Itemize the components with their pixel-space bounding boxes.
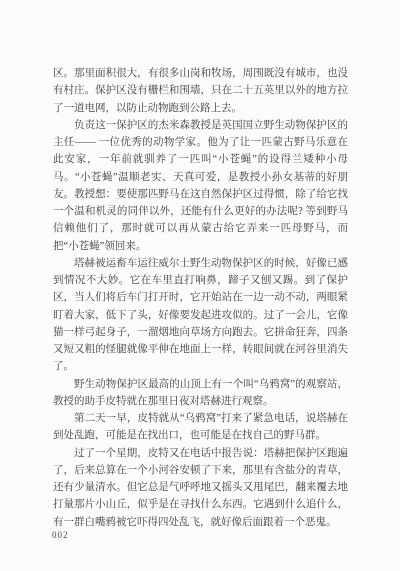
paragraph: 第二天一早，皮特就从“乌鸦窝”打来了紧急电话，说塔赫在到处乱跑，可能是在找出口，… — [53, 410, 348, 445]
paragraph: 过了一个星期，皮特又在电话中报告说：塔赫把保护区跑遍了，后来总算在一个小河谷安顿… — [53, 445, 348, 531]
page-number: 002 — [52, 530, 69, 540]
paragraph: 塔赫被运畜车运往威尔士野生动物保护区的时候，好像已感到情况不大妙。它在车里直打响… — [53, 255, 348, 376]
paragraph: 野生动物保护区最高的山顶上有一个叫“乌鸦窝”的观察站，教授的助手皮特就在那里日夜… — [53, 376, 348, 411]
body-text: 区。那里面积很大，有很多山岗和牧场，周围既没有城市，也没有村庄。保护区没有栅栏和… — [53, 65, 348, 531]
paragraph: 区。那里面积很大，有很多山岗和牧场，周围既没有城市，也没有村庄。保护区没有栅栏和… — [53, 65, 348, 117]
book-page: { "page": { "number": "002", "paragraphs… — [0, 0, 400, 571]
page: 区。那里面积很大，有很多山岗和牧场，周围既没有城市，也没有村庄。保护区没有栅栏和… — [0, 0, 400, 571]
paragraph: 负责这一保护区的杰米森教授是英国国立野生动物保护区的主任—— 一位优秀的动物学家… — [53, 117, 348, 255]
